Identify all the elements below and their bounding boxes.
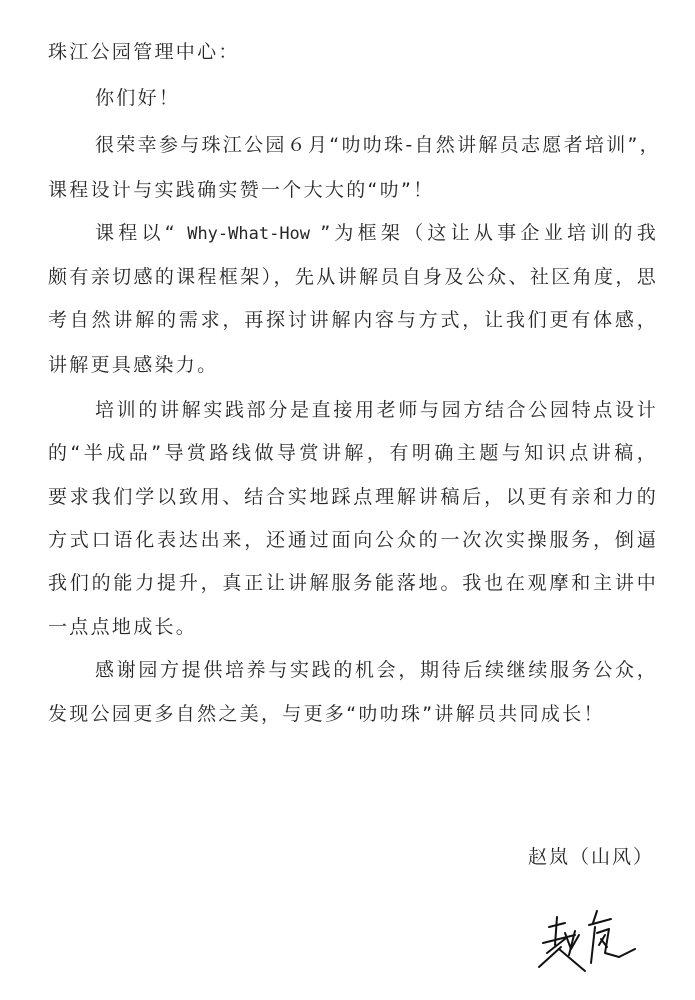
framework-name: Why-What-How <box>187 224 310 244</box>
signature-icon <box>535 905 645 975</box>
paragraph-4-line-1: 感谢园方提供培养与实践的机会，期待后续继续服务公众， <box>95 655 658 685</box>
paragraph-2-line-4: 讲解更具感染力。 <box>48 350 658 380</box>
closing-name: 赵岚（山风） <box>528 842 654 872</box>
paragraph-3-line-1: 培训的讲解实践部分是直接用老师与园方结合公园特点设计 <box>95 395 658 425</box>
paragraph-3-line-3: 要求我们学以致用、结合实地踩点理解讲稿后，以更有亲和力的 <box>48 482 658 512</box>
paragraph-3-line-2: 的“半成品”导赏路线做导赏讲解，有明确主题与知识点讲稿， <box>48 438 658 468</box>
paragraph-3-line-4: 方式口语化表达出来，还通过面向公众的一次次实操服务，倒逼 <box>48 525 658 555</box>
paragraph-2-line-3: 考自然讲解的需求，再探讨讲解内容与方式，让我们更有体感， <box>48 305 658 335</box>
paragraph-1-line-2: 课程设计与实践确实赞一个大大的“叻”！ <box>48 175 658 205</box>
paragraph-2-line-1: 课程以“ Why-What-How ”为框架（这让从事企业培训的我 <box>95 218 658 248</box>
paragraph-2-line-1-before: 课程以“ <box>95 222 187 244</box>
paragraph-3-line-6: 一点点地成长。 <box>48 612 658 642</box>
greeting-line: 你们好！ <box>95 83 658 113</box>
letter-page: 珠江公园管理中心： 你们好！ 很荣幸参与珠江公园６月“叻叻珠-自然讲解员志愿者培… <box>0 0 695 1000</box>
paragraph-2-line-2: 颇有亲切感的课程框架），先从讲解员自身及公众、社区角度，思 <box>48 262 658 292</box>
paragraph-4-line-2: 发现公园更多自然之美，与更多“叻叻珠”讲解员共同成长！ <box>48 699 658 729</box>
handwritten-signature <box>535 905 645 975</box>
paragraph-3-line-5: 我们的能力提升，真正让讲解服务能落地。我也在观摩和主讲中 <box>48 568 658 598</box>
paragraph-2-line-1-after: ”为框架（这让从事企业培训的我 <box>310 222 658 244</box>
paragraph-1-line-1: 很荣幸参与珠江公园６月“叻叻珠-自然讲解员志愿者培训”， <box>95 130 658 160</box>
recipient-line: 珠江公园管理中心： <box>48 37 658 67</box>
